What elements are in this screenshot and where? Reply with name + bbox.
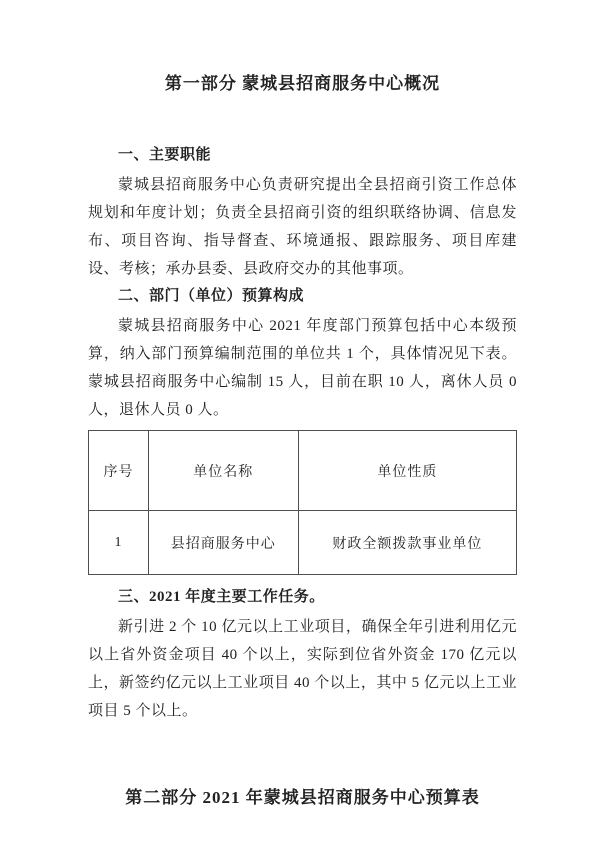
table-cell-unit-name: 县招商服务中心 [148,511,298,575]
document-page: 第一部分 蒙城县招商服务中心概况 一、主要职能 蒙城县招商服务中心负责研究提出全… [0,0,600,849]
part2-title: 第二部分 2021 年蒙城县招商服务中心预算表 [88,787,517,809]
budget-units-table: 序号 单位名称 单位性质 1 县招商服务中心 财政全额拨款事业单位 [88,430,517,575]
section2-body: 蒙城县招商服务中心 2021 年度部门预算包括中心本级预算，纳入部门预算编制范围… [88,312,517,424]
table-cell-unit-type: 财政全额拨款事业单位 [298,511,516,575]
section2-heading: 二、部门（单位）预算构成 [88,286,517,306]
table-header-unit-name: 单位名称 [148,431,298,511]
part1-title: 第一部分 蒙城县招商服务中心概况 [88,73,517,95]
section1-body: 蒙城县招商服务中心负责研究提出全县招商引资工作总体规划和年度计划；负责全县招商引… [88,171,517,283]
table-row: 1 县招商服务中心 财政全额拨款事业单位 [89,511,517,575]
section3-heading: 三、2021 年度主要工作任务。 [88,587,517,607]
table-header-row: 序号 单位名称 单位性质 [89,431,517,511]
section3-body: 新引进 2 个 10 亿元以上工业项目，确保全年引进利用亿元以上省外资金项目 4… [88,613,517,725]
section1-heading: 一、主要职能 [88,145,517,165]
table-header-seq: 序号 [89,431,149,511]
table-cell-seq: 1 [89,511,149,575]
table-header-unit-type: 单位性质 [298,431,516,511]
